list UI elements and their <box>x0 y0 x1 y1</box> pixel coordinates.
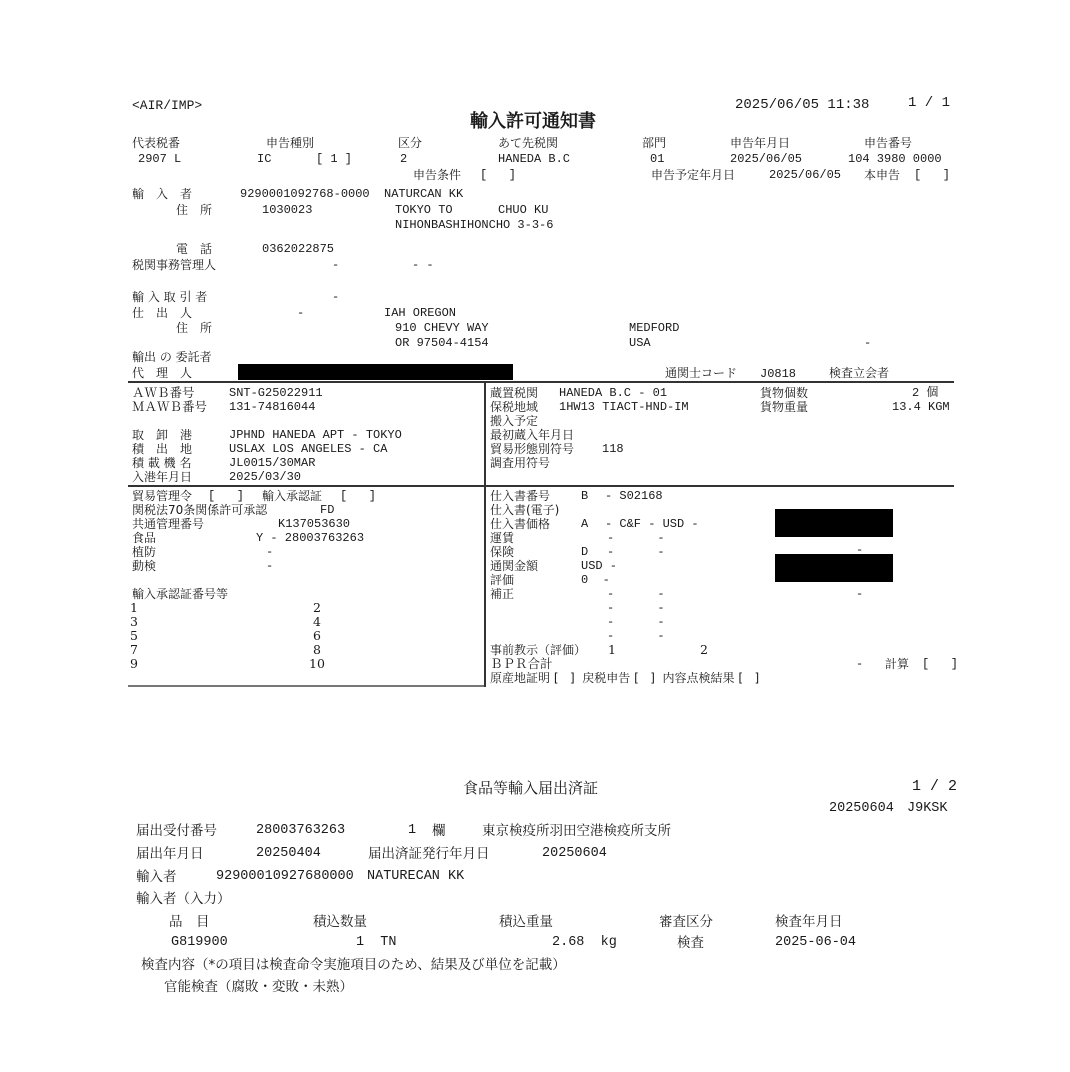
approval-no-6: 6 <box>313 629 321 643</box>
document-title: 輸入許可通知書 <box>470 111 596 133</box>
label-agent: 代 理 人 <box>132 366 192 380</box>
label-invoice-electronic: 仕入書(電子) <box>490 503 559 517</box>
label-decl-number: 申告番号 <box>864 136 912 150</box>
importer-address-2: NIHONBASHIHONCHO 3-3-6 <box>395 218 553 232</box>
column-no: 1 <box>408 823 416 839</box>
certificate-office-code: J9KSK <box>907 801 948 817</box>
certificate-page: 1 / 2 <box>912 779 957 795</box>
cert-importer-name: NATURECAN KK <box>367 869 464 885</box>
decl-date-value: 2025/06/05 <box>730 152 802 166</box>
approval-no-5: 5 <box>130 629 138 643</box>
label-import-approval: 輸入承認証 <box>262 489 322 503</box>
label-cert-importer: 輸入者 <box>136 869 177 885</box>
exporter-code: - <box>297 306 304 320</box>
label-issue-date: 届出済証発行年月日 <box>368 846 490 862</box>
label-approval-numbers: 輸入承認証番号等 <box>132 587 228 601</box>
row-item: G819900 <box>171 935 228 951</box>
approval-no-3: 3 <box>130 615 138 629</box>
label-bonded-area: 保税地域 <box>490 400 538 414</box>
label-column: 欄 <box>432 823 446 839</box>
label-condition: 申告条件 <box>413 168 461 182</box>
approval-no-2: 2 <box>313 601 321 615</box>
label-trade-control: 貿易管理令 <box>132 489 192 503</box>
label-mawb: ＭＡＷＢ番号 <box>132 400 207 414</box>
label-pieces: 貨物個数 <box>760 386 808 400</box>
label-receipt-no: 届出受付番号 <box>136 823 217 839</box>
label-arrival: 入港年月日 <box>132 470 192 484</box>
importer-address-1b: CHUO KU <box>498 203 548 217</box>
label-phone: 電 話 <box>176 242 212 256</box>
label-broker-code: 通関士コード <box>665 366 737 380</box>
filing-date: 20250404 <box>256 846 321 862</box>
importer-address-1a: TOKYO TO <box>395 203 453 217</box>
inspection-content-detail: 官能検査（腐敗・変敗・未熟） <box>164 979 353 995</box>
blank-row-3: - - <box>607 629 665 643</box>
cert-importer-code: 92900010927680000 <box>216 869 354 885</box>
vessel-name: JL0015/30MAR <box>229 456 315 470</box>
redacted-agent <box>238 364 513 380</box>
label-bonded-office: 蔵置税関 <box>490 386 538 400</box>
label-trade-form: 貿易形態別符号 <box>490 442 574 456</box>
blank-row-2: - - <box>607 615 665 629</box>
final-value: [ ] <box>914 168 950 182</box>
label-customs-value: 通関金額 <box>490 559 538 573</box>
divider-middle <box>128 485 954 487</box>
weight-value: 13.4 KGM <box>892 400 950 414</box>
label-exporter-address: 住 所 <box>176 321 212 335</box>
issue-date: 20250604 <box>542 846 607 862</box>
mawb-number: 131-74816044 <box>229 400 315 414</box>
invoice-price-terms: - C&F - USD - <box>605 517 699 531</box>
label-importer-input: 輸入者（入力） <box>136 891 231 907</box>
bonded-office: HANEDA B.C - 01 <box>559 386 667 400</box>
exporter-extra: - <box>864 336 871 350</box>
art70-value: FD <box>320 503 334 517</box>
invoice-no: - S02168 <box>605 489 663 503</box>
invoice-no-type: B <box>581 489 588 503</box>
label-inspection-witness: 検査立会者 <box>829 366 889 380</box>
advance-ruling-2: 2 <box>700 643 708 657</box>
label-animal: 動検 <box>132 559 156 573</box>
approval-no-10: 10 <box>309 657 325 671</box>
label-invoice-price: 仕入書価格 <box>490 517 550 531</box>
department-value: 01 <box>650 152 664 166</box>
label-address: 住 所 <box>176 203 212 217</box>
label-consignor: 輸出 の 委託者 <box>132 350 212 364</box>
calc-value: [ ] <box>922 657 958 671</box>
print-datetime: 2025/06/05 11:38 <box>735 98 869 112</box>
importer-phone: 0362022875 <box>262 242 334 256</box>
label-customs-office: あて先税関 <box>498 136 558 150</box>
broker-code: J0818 <box>760 367 796 381</box>
category-value: 2 <box>400 152 407 166</box>
label-valuation: 評価 <box>490 573 514 587</box>
label-importer: 輸 入 者 <box>132 187 192 201</box>
quarantine-office: 東京検疫所羽田空港検疫所支所 <box>482 823 671 839</box>
import-trader-value: - <box>332 290 339 304</box>
page-indicator: 1 / 1 <box>908 96 950 110</box>
label-art70: 関税法70条関係許可承認 <box>132 503 267 517</box>
bonded-area: 1HW13 TIACT-HND-IM <box>559 400 689 414</box>
rep-tariff-value: 2907 L <box>138 152 181 166</box>
divider-top <box>128 381 954 383</box>
label-awb: ＡＷＢ番号 <box>132 386 195 400</box>
divider-bottom <box>128 685 484 687</box>
label-bpr: ＢＰＲ合計 <box>490 657 553 671</box>
approval-no-1: 1 <box>130 601 138 615</box>
trade-control-value: [ ] <box>208 489 244 503</box>
header-review: 審査区分 <box>659 914 713 930</box>
row-review: 検査 <box>677 935 704 951</box>
header-quantity: 積込数量 <box>313 914 367 930</box>
label-invoice-no: 仕入書番号 <box>490 489 550 503</box>
label-filing-date: 届出年月日 <box>136 846 204 862</box>
label-decl-date: 申告年月日 <box>730 136 790 150</box>
food-value: Y - 28003763263 <box>256 531 364 545</box>
approval-no-8: 8 <box>313 643 321 657</box>
label-category: 区分 <box>398 136 422 150</box>
decl-type-value: IC <box>257 152 271 166</box>
label-weight: 貨物重量 <box>760 400 808 414</box>
label-first-storage: 最初蔵入年月日 <box>490 428 574 442</box>
label-freight: 運賃 <box>490 531 514 545</box>
customs-admin-value-2: - - <box>412 258 434 272</box>
arrival-date: 2025/03/30 <box>229 470 301 484</box>
customs-value: USD - <box>581 559 617 573</box>
advance-ruling-1: 1 <box>608 643 616 657</box>
label-final: 本申告 <box>864 168 900 182</box>
decl-type-bracket: [ 1 ] <box>316 152 352 166</box>
insurance-type: D <box>581 545 588 559</box>
exporter-country: USA <box>629 336 651 350</box>
importer-code: 9290001092768-0000 <box>240 187 370 201</box>
planned-date-value: 2025/06/05 <box>769 168 841 182</box>
mode-label: <AIR/IMP> <box>132 99 202 113</box>
customs-office-value: HANEDA B.C <box>498 152 570 166</box>
label-planned-date: 申告予定年月日 <box>651 168 735 182</box>
approval-no-4: 4 <box>313 615 321 629</box>
loading-place: USLAX LOS ANGELES - CA <box>229 442 387 456</box>
condition-value: [ ] <box>480 168 516 182</box>
inspection-content-label: 検査内容（*の項目は検査命令実施項目のため、結果及び単位を記載） <box>141 957 566 973</box>
row-weight: 2.68 kg <box>552 935 617 951</box>
exporter-name: IAH OREGON <box>384 306 456 320</box>
label-customs-admin: 税関事務管理人 <box>132 258 216 272</box>
label-exporter: 仕 出 人 <box>132 306 192 320</box>
origin-refund-inspection-line: 原産地証明 [ ] 戻税申告 [ ] 内容点検結果 [ ] <box>490 671 759 685</box>
receipt-no: 28003763263 <box>256 823 345 839</box>
label-loading-place: 積 出 地 <box>132 442 192 456</box>
exporter-city: MEDFORD <box>629 321 679 335</box>
import-approval-value: [ ] <box>340 489 376 503</box>
importer-postal: 1030023 <box>262 203 312 217</box>
label-rep-tariff: 代表税番 <box>132 136 180 150</box>
label-decl-type: 申告種別 <box>266 136 314 150</box>
invoice-price-type: A <box>581 517 588 531</box>
common-mgmt-value: K137053630 <box>278 517 350 531</box>
insurance-values: - - <box>607 545 665 559</box>
label-carry-in: 搬入予定 <box>490 414 538 428</box>
label-unload-port: 取 卸 港 <box>132 428 192 442</box>
row-inspection-date: 2025-06-04 <box>775 935 856 951</box>
label-department: 部門 <box>642 136 666 150</box>
redacted-invoice-price <box>775 509 893 537</box>
row-quantity: 1 TN <box>356 935 397 951</box>
label-adjustment: 補正 <box>490 587 514 601</box>
header-item: 品 目 <box>169 914 210 930</box>
plant-value: - <box>266 545 273 559</box>
exporter-address-2: OR 97504-4154 <box>395 336 489 350</box>
approval-no-7: 7 <box>130 643 138 657</box>
label-insurance: 保険 <box>490 545 514 559</box>
certificate-date-code: 20250604 <box>829 801 894 817</box>
decl-number-value: 104 3980 0000 <box>848 152 942 166</box>
label-plant: 植防 <box>132 545 156 559</box>
label-advance-ruling: 事前教示（評価） <box>490 643 586 657</box>
blank-row-1: - - <box>607 601 665 615</box>
animal-value: - <box>266 559 273 573</box>
pieces-value: 2 個 <box>912 386 938 400</box>
approval-no-9: 9 <box>130 657 138 671</box>
header-inspection-date: 検査年月日 <box>775 914 843 930</box>
bpr-value: - <box>856 657 863 671</box>
label-calc: 計算 <box>885 657 909 671</box>
trade-form: 118 <box>602 442 624 456</box>
header-weight: 積込重量 <box>499 914 553 930</box>
label-import-trader: 輸 入 取 引 者 <box>132 290 207 304</box>
divider-vertical <box>484 381 486 687</box>
valuation-value: 0 - <box>581 573 610 587</box>
label-vessel: 積 載 機 名 <box>132 456 191 470</box>
unload-port: JPHND HANEDA APT - TOKYO <box>229 428 402 442</box>
adjustment-values: - - <box>607 587 665 601</box>
customs-admin-value-1: - <box>332 258 339 272</box>
label-survey: 調査用符号 <box>490 456 550 470</box>
importer-name: NATURCAN KK <box>384 187 463 201</box>
freight-values: - - <box>607 531 665 545</box>
redacted-customs-value <box>775 554 893 582</box>
label-food: 食品 <box>132 531 156 545</box>
certificate-title: 食品等輸入届出済証 <box>463 779 598 797</box>
awb-number: SNT-G25022911 <box>229 386 323 400</box>
adjustment-extra: - <box>856 587 863 601</box>
label-common-mgmt: 共通管理番号 <box>132 517 204 531</box>
exporter-address-1: 910 CHEVY WAY <box>395 321 489 335</box>
